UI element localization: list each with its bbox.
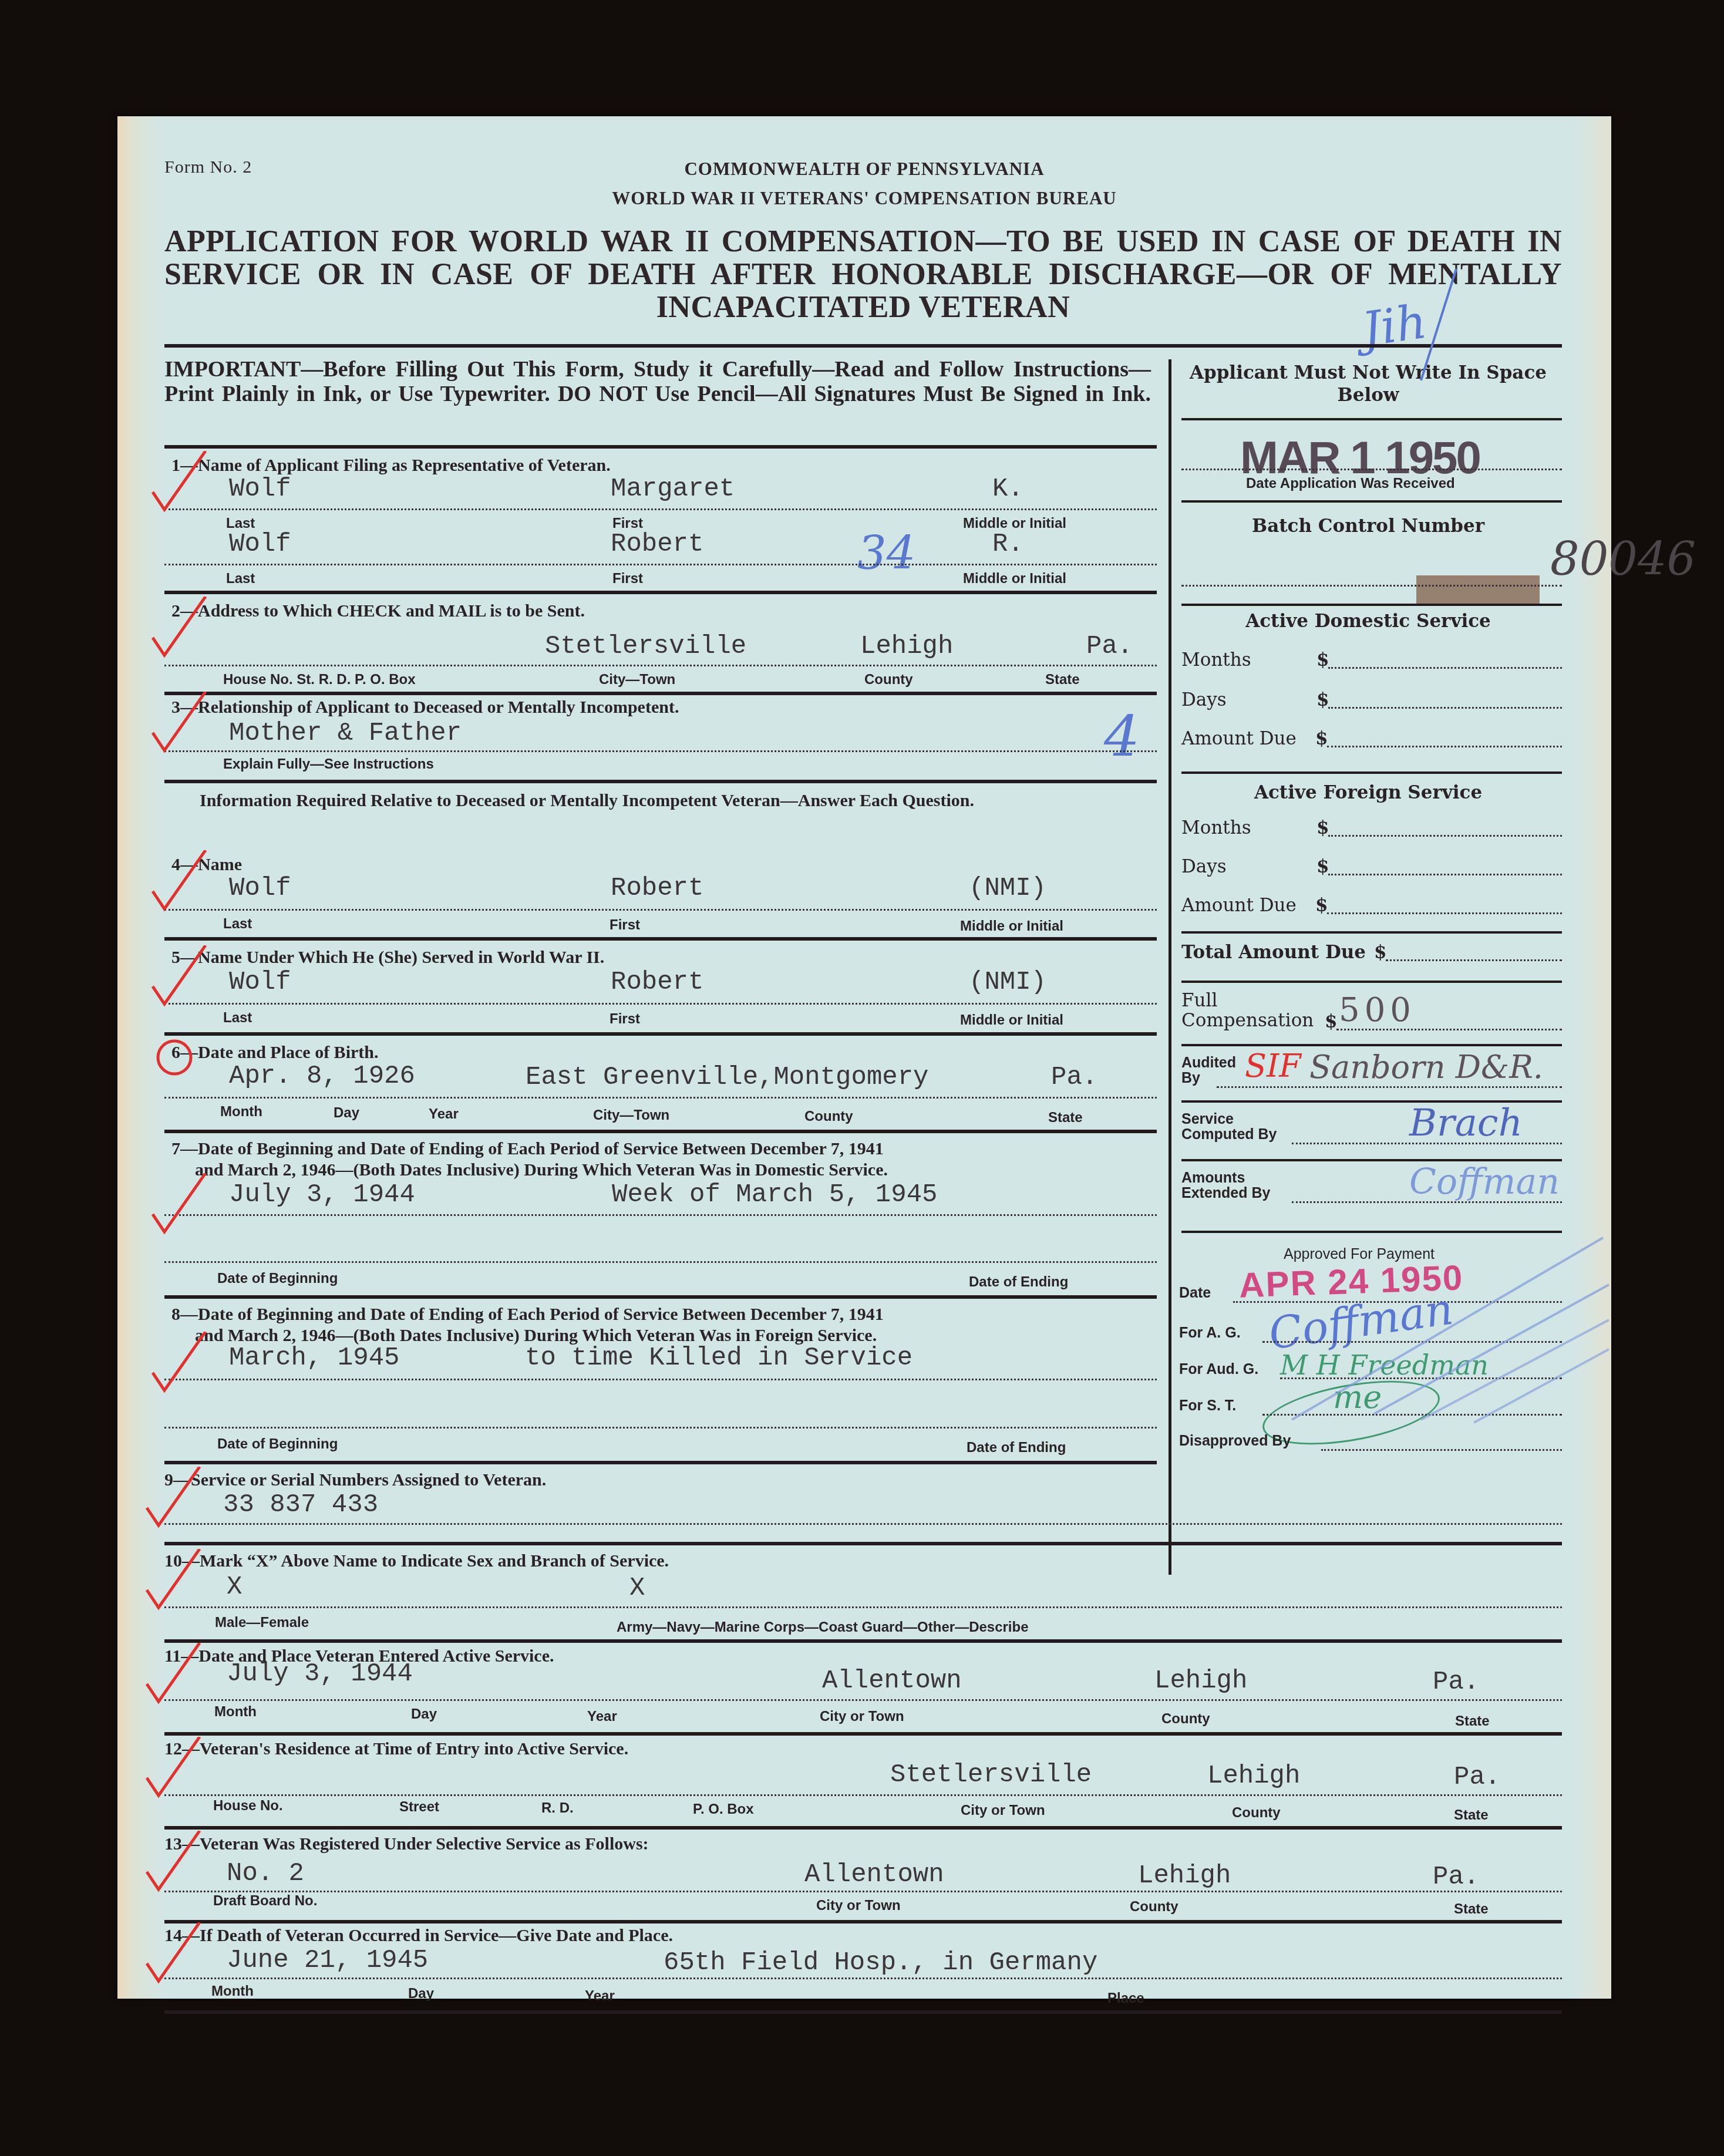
- amounts-label-1: Amounts: [1181, 1170, 1245, 1187]
- entry-city[interactable]: Allentown: [822, 1666, 962, 1696]
- foreign-months-field[interactable]: [1328, 835, 1562, 837]
- col-city: City or Town: [816, 1898, 901, 1914]
- divider: [164, 1461, 1157, 1464]
- served-first[interactable]: Robert: [611, 968, 703, 997]
- col-month: Month: [211, 1983, 254, 2000]
- col-place: Place: [1107, 1990, 1144, 2007]
- draft-board[interactable]: No. 2: [227, 1859, 304, 1888]
- col-last: Last: [223, 916, 252, 932]
- col-middle: Middle or Initial: [960, 1012, 1063, 1029]
- col-year: Year: [587, 1709, 617, 1725]
- divider: [1181, 418, 1562, 420]
- service-label-2: Computed By: [1181, 1126, 1277, 1143]
- entry-date[interactable]: July 3, 1944: [227, 1659, 413, 1689]
- q3-label: 3—Relationship of Applicant to Deceased …: [171, 698, 679, 717]
- foreign-begin[interactable]: March, 1945: [229, 1343, 399, 1373]
- served-last[interactable]: Wolf: [229, 968, 291, 997]
- col-year: Year: [585, 1988, 615, 2005]
- col-state: State: [1455, 1713, 1490, 1730]
- divider: [1181, 772, 1562, 774]
- fill-line: [164, 665, 1157, 666]
- q6-label: 6—Date and Place of Birth.: [171, 1043, 378, 1063]
- divider: [164, 1542, 1562, 1545]
- col-house: House No.: [213, 1798, 283, 1814]
- sex-mark[interactable]: X: [227, 1572, 242, 1602]
- red-check-icon: [147, 1332, 211, 1396]
- served-middle[interactable]: (NMI): [969, 968, 1046, 997]
- fill-line: [164, 1261, 1157, 1263]
- fill-line: [164, 1891, 1562, 1892]
- fill-line: [164, 909, 1157, 911]
- col-first: First: [612, 571, 643, 587]
- divider: [1181, 1044, 1562, 1046]
- fill-line: [164, 1699, 1562, 1701]
- currency: $: [1374, 942, 1387, 963]
- red-circle-icon: [154, 1037, 195, 1078]
- applicant1-first[interactable]: Margaret: [611, 474, 735, 504]
- red-check-icon: [141, 1831, 206, 1895]
- form-title: APPLICATION FOR WORLD WAR II COMPENSATIO…: [164, 225, 1562, 324]
- currency: $: [1316, 856, 1329, 877]
- currency: $: [1325, 1011, 1338, 1032]
- col-begin: Date of Beginning: [217, 1436, 338, 1453]
- margin-note-4: 4: [1104, 703, 1140, 769]
- divider: [164, 1130, 1157, 1133]
- serial-number[interactable]: 33 837 433: [223, 1490, 378, 1520]
- q5-label: 5—Name Under Which He (She) Served in Wo…: [171, 948, 604, 968]
- fill-line: [164, 1606, 1562, 1608]
- q9-label: 9—Service or Serial Numbers Assigned to …: [164, 1470, 546, 1490]
- form-page: Form No. 2 COMMONWEALTH OF PENNSYLVANIA …: [117, 116, 1611, 1999]
- divider: [1181, 500, 1562, 503]
- red-check-icon: [141, 1643, 206, 1707]
- divider: [164, 1920, 1562, 1923]
- foreign-days-label: Days: [1181, 856, 1227, 877]
- fill-line: [164, 1379, 1157, 1380]
- q2-label: 2—Address to Which CHECK and MAIL is to …: [171, 601, 585, 621]
- total-amount-label: Total Amount Due: [1181, 942, 1366, 963]
- domestic-days-label: Days: [1181, 689, 1227, 710]
- foreign-months-label: Months: [1181, 817, 1251, 838]
- foreign-end[interactable]: to time Killed in Service: [525, 1343, 912, 1373]
- q7-label-line1: 7—Date of Beginning and Date of Ending o…: [171, 1139, 884, 1159]
- red-check-icon: [147, 1173, 211, 1238]
- col-begin: Date of Beginning: [217, 1271, 338, 1287]
- full-comp-label-1: Full: [1181, 990, 1217, 1011]
- agency-line-1: COMMONWEALTH OF PENNSYLVANIA: [117, 159, 1611, 180]
- domestic-heading: Active Domestic Service: [1180, 611, 1556, 632]
- red-check-icon: [141, 1737, 206, 1801]
- residence-city[interactable]: Stetlersville: [890, 1760, 1092, 1790]
- fill-line: [164, 1978, 1562, 1979]
- divider: [164, 937, 1157, 941]
- col-month: Month: [214, 1704, 257, 1720]
- divider: [164, 780, 1157, 783]
- branch-mark[interactable]: X: [629, 1574, 645, 1603]
- relationship-hint: Explain Fully—See Instructions: [223, 756, 434, 773]
- date-received-label: Date Application Was Received: [1246, 476, 1455, 492]
- service-label-1: Service: [1181, 1111, 1234, 1128]
- fill-line: [164, 1794, 1562, 1796]
- divider: [164, 344, 1562, 348]
- foreign-amount-field[interactable]: [1327, 912, 1562, 914]
- col-last: Last: [223, 1010, 252, 1026]
- col-county: County: [1161, 1711, 1210, 1727]
- red-check-icon: [141, 1922, 206, 1987]
- batch-label: Batch Control Number: [1180, 516, 1556, 537]
- audited-label-1: Audited: [1181, 1055, 1236, 1072]
- important-notice: IMPORTANT—Before Filling Out This Form, …: [164, 357, 1151, 406]
- st-label: For S. T.: [1179, 1397, 1236, 1414]
- agency-line-2: WORLD WAR II VETERANS' COMPENSATION BURE…: [117, 188, 1611, 209]
- col-end: Date of Ending: [967, 1440, 1066, 1456]
- fill-line: [1336, 1029, 1562, 1030]
- fill-line: [164, 1097, 1157, 1099]
- col-county: County: [1130, 1899, 1178, 1915]
- total-amount-field[interactable]: [1386, 959, 1562, 961]
- col-city: City—Town: [593, 1107, 669, 1124]
- veteran-middle[interactable]: (NMI): [969, 874, 1046, 903]
- struck-batch-number: [1416, 575, 1540, 604]
- ag-label: For A. G.: [1179, 1325, 1241, 1342]
- divider: [164, 591, 1157, 594]
- top-blue-mark: [1386, 269, 1503, 386]
- fill-line: [164, 1214, 1157, 1216]
- red-check-icon: [147, 850, 211, 915]
- disapproved-label: Disapproved By: [1179, 1433, 1291, 1450]
- applicant1-middle[interactable]: K.: [992, 474, 1023, 504]
- domestic-end[interactable]: Week of March 5, 1945: [612, 1180, 938, 1210]
- col-year: Year: [429, 1106, 459, 1123]
- red-check-icon: [141, 1467, 206, 1531]
- col-day: Day: [334, 1105, 359, 1121]
- divider: [164, 2010, 1562, 2014]
- audg-label: For Aud. G.: [1179, 1361, 1258, 1378]
- col-last: Last: [226, 571, 255, 587]
- col-rd: R. D.: [541, 1800, 574, 1817]
- birth-state[interactable]: Pa.: [1051, 1063, 1097, 1092]
- death-date[interactable]: June 21, 1945: [227, 1946, 428, 1975]
- death-place[interactable]: 65th Field Hosp., in Germany: [664, 1948, 1097, 1978]
- mail-state[interactable]: Pa.: [1086, 632, 1133, 661]
- divider: [1181, 931, 1562, 934]
- foreign-amount-label: Amount Due: [1181, 895, 1297, 916]
- q1-label: 1—Name of Applicant Filing as Representa…: [171, 456, 611, 476]
- q14-label: 14—If Death of Veteran Occurred in Servi…: [164, 1926, 673, 1946]
- date-label: Date: [1179, 1285, 1211, 1302]
- col-sex: Male—Female: [215, 1615, 309, 1631]
- currency: $: [1316, 689, 1329, 710]
- audited-label-2: By: [1181, 1070, 1200, 1087]
- domestic-months-field[interactable]: [1328, 667, 1562, 669]
- red-check-icon: [141, 1549, 206, 1613]
- currency: $: [1316, 817, 1329, 838]
- col-board: Draft Board No.: [213, 1893, 317, 1909]
- red-check-icon: [147, 451, 211, 516]
- col-day: Day: [408, 1986, 434, 2002]
- service-signature: Brach: [1409, 1101, 1523, 1145]
- fill-line: [1181, 585, 1562, 587]
- birth-date[interactable]: Apr. 8, 1926: [229, 1062, 415, 1091]
- audited-signature: Sanborn D&R.: [1309, 1049, 1543, 1086]
- entry-county[interactable]: Lehigh: [1154, 1666, 1247, 1696]
- amounts-label-2: Extended By: [1181, 1185, 1270, 1202]
- column-divider: [1169, 359, 1171, 1575]
- fill-line: [164, 1427, 1157, 1429]
- fill-line: [164, 564, 1157, 565]
- divider: [1181, 981, 1562, 983]
- draft-county[interactable]: Lehigh: [1138, 1861, 1231, 1891]
- q13-label: 13—Veteran Was Registered Under Selectiv…: [164, 1834, 649, 1854]
- col-end: Date of Ending: [969, 1274, 1068, 1291]
- entry-state[interactable]: Pa.: [1433, 1667, 1479, 1697]
- full-comp-label-2: Compensation: [1181, 1010, 1314, 1031]
- col-first: First: [610, 1011, 640, 1028]
- fill-line: [164, 508, 1157, 510]
- full-comp-value: 500: [1339, 991, 1416, 1029]
- q12-label: 12—Veteran's Residence at Time of Entry …: [164, 1739, 628, 1759]
- red-check-icon: [147, 945, 211, 1010]
- mail-city[interactable]: Stetlersville: [545, 632, 746, 661]
- red-check-icon: [147, 597, 211, 661]
- divider: [1181, 604, 1562, 606]
- birth-place[interactable]: East Greenville,Montgomery: [526, 1063, 929, 1092]
- currency: $: [1315, 728, 1328, 749]
- divider: [164, 1732, 1562, 1736]
- col-street: House No. St. R. D. P. O. Box: [223, 672, 416, 688]
- divider: [164, 1295, 1157, 1299]
- col-state: State: [1454, 1807, 1489, 1824]
- fill-line: [1292, 1143, 1562, 1144]
- col-state: State: [1045, 672, 1080, 688]
- applicant2-first[interactable]: Robert: [611, 530, 703, 559]
- draft-city[interactable]: Allentown: [804, 1860, 944, 1889]
- q8-label-line2: and March 2, 1946—(Both Dates Inclusive)…: [195, 1326, 877, 1346]
- batch-number: 80046: [1550, 533, 1696, 586]
- col-month: Month: [220, 1104, 262, 1120]
- col-middle: Middle or Initial: [960, 918, 1063, 935]
- domestic-amount-field[interactable]: [1327, 746, 1562, 747]
- currency: $: [1316, 649, 1329, 671]
- col-state: State: [1454, 1901, 1489, 1918]
- fill-line: [164, 750, 1157, 752]
- domestic-months-label: Months: [1181, 649, 1251, 671]
- relationship-value[interactable]: Mother & Father: [229, 719, 462, 748]
- divider: [164, 1639, 1562, 1643]
- amounts-signature: Coffman: [1409, 1161, 1560, 1202]
- foreign-heading: Active Foreign Service: [1180, 782, 1556, 803]
- fill-line: [1181, 469, 1562, 470]
- domestic-days-field[interactable]: [1328, 707, 1562, 709]
- col-city: City—Town: [599, 672, 675, 688]
- col-day: Day: [411, 1706, 437, 1723]
- q7-label-line2: and March 2, 1946—(Both Dates Inclusive)…: [195, 1160, 888, 1180]
- q10-label: 10—Mark “X” Above Name to Indicate Sex a…: [164, 1551, 669, 1571]
- col-middle: Middle or Initial: [963, 571, 1066, 587]
- red-check-icon: [147, 692, 211, 756]
- applicant1-last[interactable]: Wolf: [229, 474, 291, 504]
- currency: $: [1315, 895, 1328, 916]
- divider: [164, 692, 1157, 695]
- draft-state[interactable]: Pa.: [1433, 1862, 1479, 1892]
- veteran-first[interactable]: Robert: [611, 874, 703, 903]
- residence-county[interactable]: Lehigh: [1207, 1761, 1300, 1791]
- applicant2-last[interactable]: Wolf: [229, 530, 291, 559]
- col-city: City or Town: [820, 1709, 904, 1725]
- disapproved-field[interactable]: [1321, 1449, 1562, 1451]
- approval-pencil-strokes: [1286, 1220, 1615, 1431]
- margin-note-34: 34: [857, 527, 915, 580]
- audited-mark: SIF: [1245, 1047, 1301, 1084]
- residence-state[interactable]: Pa.: [1454, 1763, 1500, 1792]
- col-street: Street: [399, 1799, 439, 1815]
- veteran-last[interactable]: Wolf: [229, 874, 291, 903]
- col-first: First: [610, 917, 640, 934]
- divider: [164, 1826, 1562, 1830]
- fill-line: [1292, 1201, 1562, 1203]
- divider: [164, 1032, 1157, 1036]
- col-branch: Army—Navy—Marine Corps—Coast Guard—Other…: [617, 1619, 1029, 1636]
- divider: [164, 445, 1157, 449]
- col-po: P. O. Box: [693, 1801, 754, 1818]
- fill-line: [164, 1523, 1562, 1525]
- col-county: County: [864, 672, 913, 688]
- applicant2-middle[interactable]: R.: [992, 530, 1023, 559]
- col-city: City or Town: [961, 1803, 1045, 1819]
- mail-county[interactable]: Lehigh: [860, 632, 953, 661]
- foreign-days-field[interactable]: [1328, 874, 1562, 875]
- fill-line: [164, 1003, 1157, 1005]
- col-county: County: [804, 1109, 853, 1125]
- domestic-begin[interactable]: July 3, 1944: [229, 1180, 415, 1210]
- q8-label-line1: 8—Date of Beginning and Date of Ending o…: [171, 1305, 884, 1325]
- col-state: State: [1048, 1110, 1083, 1126]
- col-county: County: [1232, 1805, 1281, 1821]
- domestic-amount-label: Amount Due: [1181, 728, 1297, 749]
- info-heading: Information Required Relative to Decease…: [200, 791, 1157, 810]
- fill-line: [1217, 1086, 1562, 1088]
